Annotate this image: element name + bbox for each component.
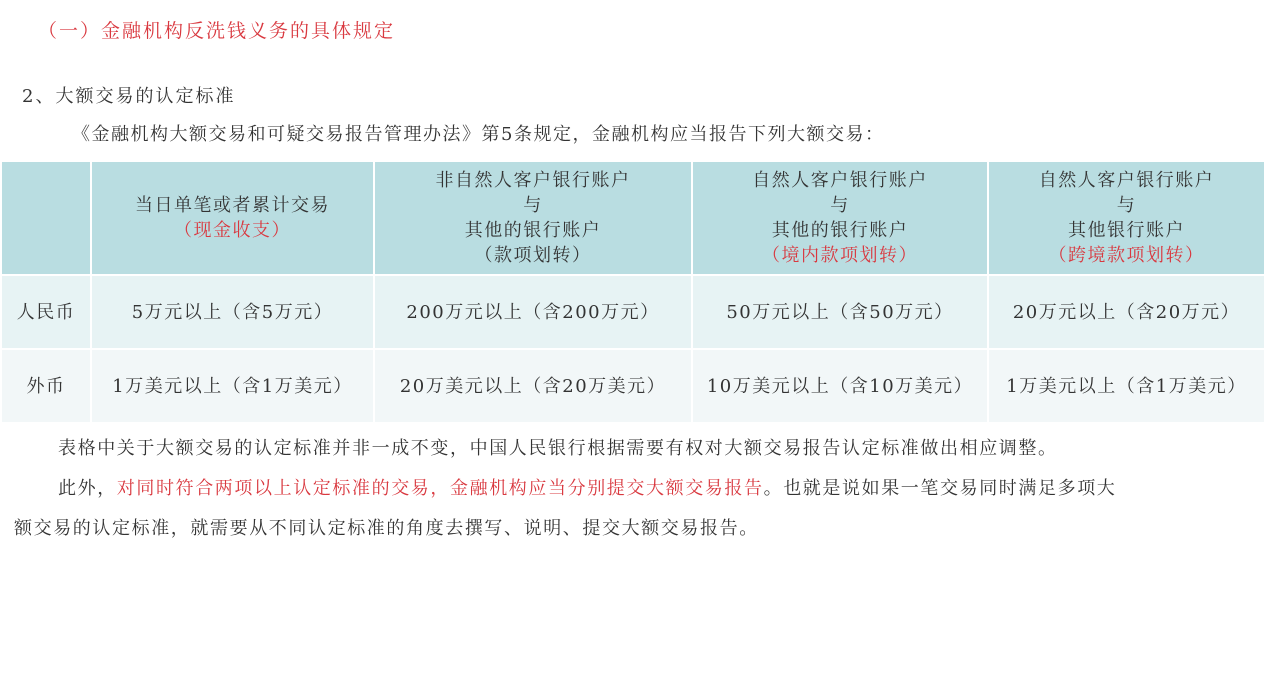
table-cell: 1万美元以上（含1万美元） — [91, 349, 374, 423]
header-corner-cell — [1, 161, 91, 275]
highlighted-requirement: 对同时符合两项以上认定标准的交易，金融机构应当分别提交大额交易报告 — [117, 478, 764, 499]
section-title: （一）金融机构反洗钱义务的具体规定 — [38, 16, 395, 43]
header-line: 自然人客户银行账户 — [989, 168, 1264, 193]
header-cash-transaction: 当日单笔或者累计交易 （现金收支） — [91, 161, 374, 275]
header-line: 与 — [693, 193, 987, 218]
header-line: 当日单笔或者累计交易 — [92, 193, 373, 218]
table-cell: 1万美元以上（含1万美元） — [988, 349, 1265, 423]
paragraph-prefix: 此外， — [58, 478, 117, 499]
table-cell: 200万元以上（含200万元） — [374, 275, 692, 349]
header-line: 其他的银行账户 — [375, 218, 691, 243]
header-natural-person-domestic-transfer: 自然人客户银行账户 与 其他的银行账户 （境内款项划转） — [692, 161, 988, 275]
table-header-row: 当日单笔或者累计交易 （现金收支） 非自然人客户银行账户 与 其他的银行账户 （… — [1, 161, 1265, 275]
header-note: （境内款项划转） — [693, 243, 987, 268]
paragraph-multiple-criteria: 此外，对同时符合两项以上认定标准的交易，金融机构应当分别提交大额交易报告。也就是… — [58, 474, 1116, 500]
header-line: 其他的银行账户 — [693, 218, 987, 243]
paragraph-continuation: 额交易的认定标准，就需要从不同认定标准的角度去撰写、说明、提交大额交易报告。 — [14, 514, 759, 540]
currency-label: 外币 — [1, 349, 91, 423]
header-note: （跨境款项划转） — [989, 243, 1264, 268]
subheading: 2、大额交易的认定标准 — [22, 82, 235, 108]
table-cell: 20万美元以上（含20万美元） — [374, 349, 692, 423]
table-row-rmb: 人民币 5万元以上（含5万元） 200万元以上（含200万元） 50万元以上（含… — [1, 275, 1265, 349]
header-line: 非自然人客户银行账户 — [375, 168, 691, 193]
table-cell: 20万元以上（含20万元） — [988, 275, 1265, 349]
paragraph-suffix: 。也就是说如果一笔交易同时满足多项大 — [764, 478, 1117, 499]
table-cell: 5万元以上（含5万元） — [91, 275, 374, 349]
header-note: （款项划转） — [375, 243, 691, 268]
header-line: 与 — [375, 193, 691, 218]
table-cell: 50万元以上（含50万元） — [692, 275, 988, 349]
large-transaction-criteria-table: 当日单笔或者累计交易 （现金收支） 非自然人客户银行账户 与 其他的银行账户 （… — [0, 160, 1266, 424]
header-line: 自然人客户银行账户 — [693, 168, 987, 193]
paragraph-adjustment-note: 表格中关于大额交易的认定标准并非一成不变，中国人民银行根据需要有权对大额交易报告… — [58, 434, 1058, 460]
header-non-natural-person-transfer: 非自然人客户银行账户 与 其他的银行账户 （款项划转） — [374, 161, 692, 275]
table-row-foreign-currency: 外币 1万美元以上（含1万美元） 20万美元以上（含20万美元） 10万美元以上… — [1, 349, 1265, 423]
currency-label: 人民币 — [1, 275, 91, 349]
header-note: （现金收支） — [92, 218, 373, 243]
table-cell: 10万美元以上（含10万美元） — [692, 349, 988, 423]
header-line: 其他银行账户 — [989, 218, 1264, 243]
header-natural-person-cross-border-transfer: 自然人客户银行账户 与 其他银行账户 （跨境款项划转） — [988, 161, 1265, 275]
intro-text: 《金融机构大额交易和可疑交易报告管理办法》第5条规定，金融机构应当报告下列大额交… — [72, 120, 884, 146]
header-line: 与 — [989, 193, 1264, 218]
